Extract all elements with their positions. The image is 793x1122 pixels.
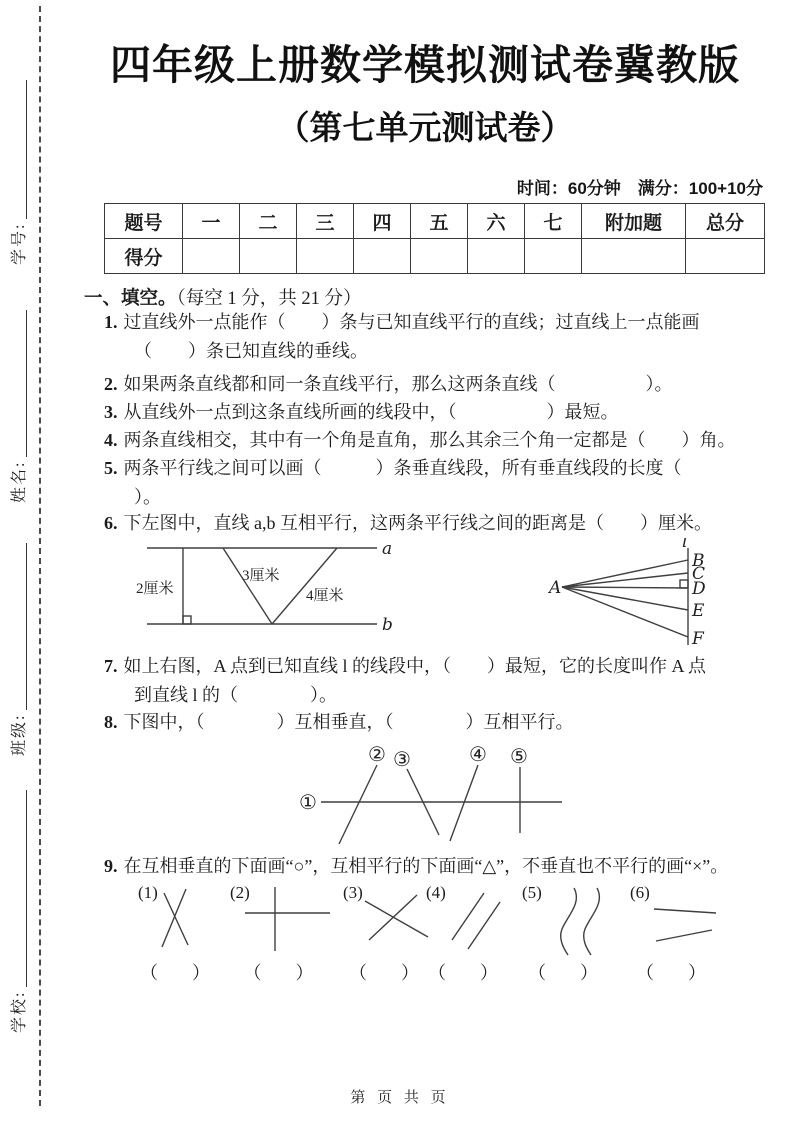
score-cell (297, 239, 354, 274)
question-number: 5. (104, 458, 124, 478)
question-text: 到直线 l 的（ ）。 (104, 681, 772, 710)
score-cell (240, 239, 297, 274)
question-text: 在互相垂直的下面画“○”，互相平行的下面画“△”，不垂直也不平行的画“×”。 (124, 856, 729, 876)
score-table-header-cell: 七 (525, 204, 582, 239)
name-label: 姓名: (10, 461, 30, 503)
numbered-line-4 (450, 765, 478, 841)
score-table-header-cell: 三 (297, 204, 354, 239)
judge-item-1: (1) （ ） (138, 883, 220, 985)
score-table-header-cell: 总分 (686, 204, 765, 239)
judge-item-label: (3) (343, 883, 363, 903)
judge-item-label: (6) (630, 883, 650, 903)
page-title: 四年级上册数学模拟测试卷冀教版 (85, 32, 765, 91)
figure-point-to-line: A l B C D E F (548, 538, 728, 650)
score-table: 题号 一 二 三 四 五 六 七 附加题 总分 得分 (104, 203, 765, 274)
segment-AE (562, 587, 688, 610)
slant-segment-3cm (223, 548, 272, 624)
judge-figure-perpendicular-lines (240, 885, 335, 955)
question-text: 如果两条直线都和同一条直线平行，那么这两条直线（ ）。 (124, 374, 673, 394)
score-cell (468, 239, 525, 274)
question-text: 过直线外一点能作（ ）条与已知直线平行的直线；过直线上一点能画 (124, 312, 700, 332)
judge-answer-blank: （ ） (138, 959, 220, 985)
right-angle-mark (183, 616, 191, 624)
question-text: （ ）条已知直线的垂线。 (104, 337, 772, 366)
question-5: 5.两条平行线之间可以画（ ）条垂直线段，所有垂直线段的长度（ ）。 (104, 454, 772, 512)
class-blank (26, 543, 27, 710)
point-D-label: D (691, 579, 706, 599)
score-cell (354, 239, 411, 274)
sidebar-field-name: 姓名: (8, 310, 30, 503)
slant-segment-4cm (272, 548, 337, 624)
score-table-header-cell: 一 (183, 204, 240, 239)
score-table-header-cell: 五 (411, 204, 468, 239)
circled-number-4: ④ (469, 742, 487, 766)
question-4: 4.两条直线相交，其中有一个角是直角，那么其余三个角一定都是（ ）角。 (104, 426, 772, 455)
judge-figure-crossing-lines (152, 885, 218, 955)
point-F-label: F (691, 629, 705, 649)
school-blank (26, 790, 27, 987)
question-number: 2. (104, 374, 124, 394)
question-number: 4. (104, 430, 124, 450)
dim-4cm: 4厘米 (306, 587, 344, 604)
judge-answer-blank: （ ） (343, 959, 433, 985)
figure-numbered-lines: ① ② ③ ④ ⑤ (288, 738, 580, 850)
score-cell (411, 239, 468, 274)
segment-AB (562, 560, 688, 587)
question-8: 8.下图中，（ ）互相垂直，（ ）互相平行。 (104, 708, 772, 737)
question-number: 3. (104, 402, 124, 422)
score-table-header-cell: 附加题 (582, 204, 686, 239)
student-number-label: 学号: (10, 223, 30, 265)
question-number: 6. (104, 513, 124, 533)
score-cell (183, 239, 240, 274)
judge-figure-crossing-lines (361, 885, 431, 955)
line-a-label: a (382, 539, 392, 559)
page-subtitle: （第七单元测试卷） (85, 102, 765, 149)
score-table-header-row: 题号 一 二 三 四 五 六 七 附加题 总分 (105, 204, 765, 239)
dim-3cm: 3厘米 (242, 567, 280, 584)
question-number: 8. (104, 712, 124, 732)
name-blank (26, 310, 27, 457)
question-text: 下图中，（ ）互相垂直，（ ）互相平行。 (124, 712, 574, 732)
circled-number-5: ⑤ (510, 744, 528, 768)
section-title: 一、填空。 (84, 289, 177, 309)
circled-number-3: ③ (393, 747, 411, 771)
test-paper-page: 学号: 姓名: 班级: 学校: 四年级上册数学模拟测试卷冀教版 （第七单元测试卷… (0, 0, 793, 1122)
score-table-header-cell: 六 (468, 204, 525, 239)
segment-AC (562, 573, 688, 587)
sidebar-field-class: 班级: (8, 543, 30, 756)
judge-item-2: (2) （ ） (230, 883, 335, 985)
question-9: 9.在互相垂直的下面画“○”，互相平行的下面画“△”，不垂直也不平行的画“×”。 (104, 852, 772, 881)
question-3: 3.从直线外一点到这条直线所画的线段中，（ ）最短。 (104, 398, 772, 427)
point-A-label: A (548, 578, 561, 598)
question-text: 两条直线相交，其中有一个角是直角，那么其余三个角一定都是（ ）角。 (124, 430, 736, 450)
score-table-header-cell: 二 (240, 204, 297, 239)
circled-number-2: ② (368, 742, 386, 766)
page-footer: 第 页 共 页 (60, 1086, 740, 1107)
judge-figure-wavy-lines (550, 885, 606, 957)
question-number: 1. (104, 312, 124, 332)
question-text: 下左图中，直线 a,b 互相平行，这两条平行线之间的距离是（ ）厘米。 (124, 513, 713, 533)
judge-item-6: (6) （ ） (630, 883, 720, 985)
section-note: （每空 1 分，共 21 分） (177, 289, 362, 309)
question-number: 9. (104, 856, 124, 876)
score-row-label: 得分 (105, 239, 183, 274)
score-cell (582, 239, 686, 274)
question-text: ）。 (104, 483, 772, 512)
score-cell (525, 239, 582, 274)
point-E-label: E (691, 601, 705, 621)
seal-dashed-line (39, 6, 41, 1106)
question-text: 如上右图，A 点到已知直线 l 的线段中，（ ）最短，它的长度叫作 A 点 (124, 656, 707, 676)
judge-answer-blank: （ ） (230, 959, 335, 985)
score-table-header-cell: 四 (354, 204, 411, 239)
judge-figure-nonparallel-lines (648, 885, 718, 955)
section-heading: 一、填空。（每空 1 分，共 21 分） (84, 284, 362, 310)
right-angle-mark (680, 580, 688, 588)
score-table-score-row: 得分 (105, 239, 765, 274)
dim-2cm: 2厘米 (136, 580, 174, 597)
judge-answer-blank: （ ） (630, 959, 720, 985)
judge-item-3: (3) （ ） (343, 883, 433, 985)
judge-answer-blank: （ ） (426, 959, 508, 985)
sidebar-field-student-number: 学号: (8, 80, 30, 265)
class-label: 班级: (10, 714, 30, 756)
school-label: 学校: (10, 991, 30, 1033)
score-cell (686, 239, 765, 274)
judge-answer-blank: （ ） (522, 959, 612, 985)
judge-figure-parallel-lines (448, 885, 508, 955)
line-b-label: b (382, 615, 393, 635)
student-number-blank (26, 80, 27, 219)
judge-item-4: (4) （ ） (426, 883, 508, 985)
question-number: 7. (104, 656, 124, 676)
numbered-line-2 (339, 765, 377, 844)
judge-item-label: (5) (522, 883, 542, 903)
judge-item-label: (4) (426, 883, 446, 903)
segment-AF (562, 587, 688, 637)
time-score-meta: 时间：60分钟 满分：100+10分 (85, 174, 763, 199)
circled-number-1: ① (299, 790, 317, 814)
question-6: 6.下左图中，直线 a,b 互相平行，这两条平行线之间的距离是（ ）厘米。 (104, 509, 772, 538)
judge-item-5: (5) （ ） (522, 883, 612, 985)
line-l-label: l (682, 538, 687, 552)
sidebar-field-school: 学校: (8, 790, 30, 1033)
question-text: 两条平行线之间可以画（ ）条垂直线段，所有垂直线段的长度（ (124, 458, 682, 478)
figure-parallel-lines: a b 2厘米 3厘米 4厘米 (130, 538, 400, 638)
segment-AD (562, 587, 688, 588)
score-table-header-cell: 题号 (105, 204, 183, 239)
question-7: 7.如上右图，A 点到已知直线 l 的线段中，（ ）最短，它的长度叫作 A 点 … (104, 652, 772, 710)
question-1: 1.过直线外一点能作（ ）条与已知直线平行的直线；过直线上一点能画 （ ）条已知… (104, 308, 772, 366)
question-text: 从直线外一点到这条直线所画的线段中，（ ）最短。 (124, 402, 619, 422)
question-2: 2.如果两条直线都和同一条直线平行，那么这两条直线（ ）。 (104, 370, 772, 399)
